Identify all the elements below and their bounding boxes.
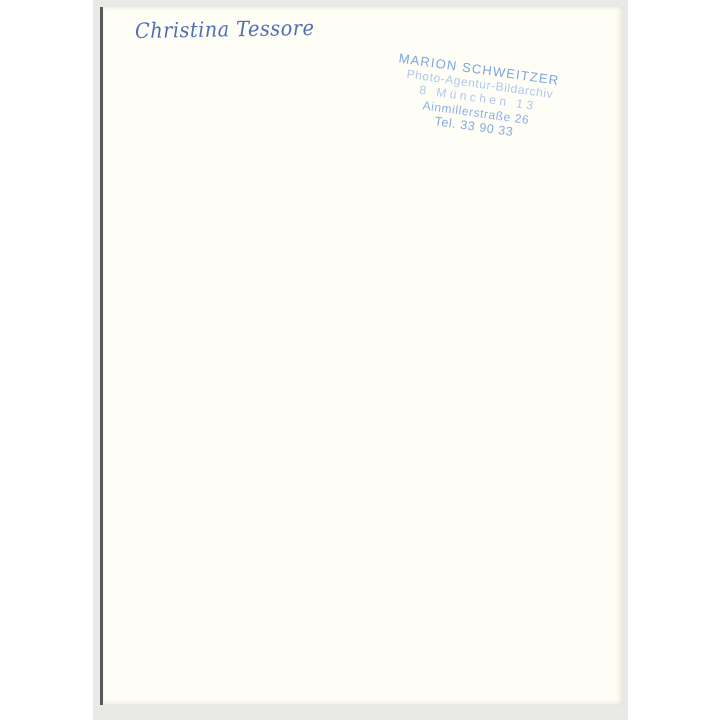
agency-stamp: MARION SCHWEITZER Photo-Agentur-Bildarch…	[379, 49, 577, 147]
handwritten-signature: Christina Tessore	[135, 16, 315, 43]
photo-back-paper: Christina Tessore MARION SCHWEITZER Phot…	[100, 7, 623, 705]
